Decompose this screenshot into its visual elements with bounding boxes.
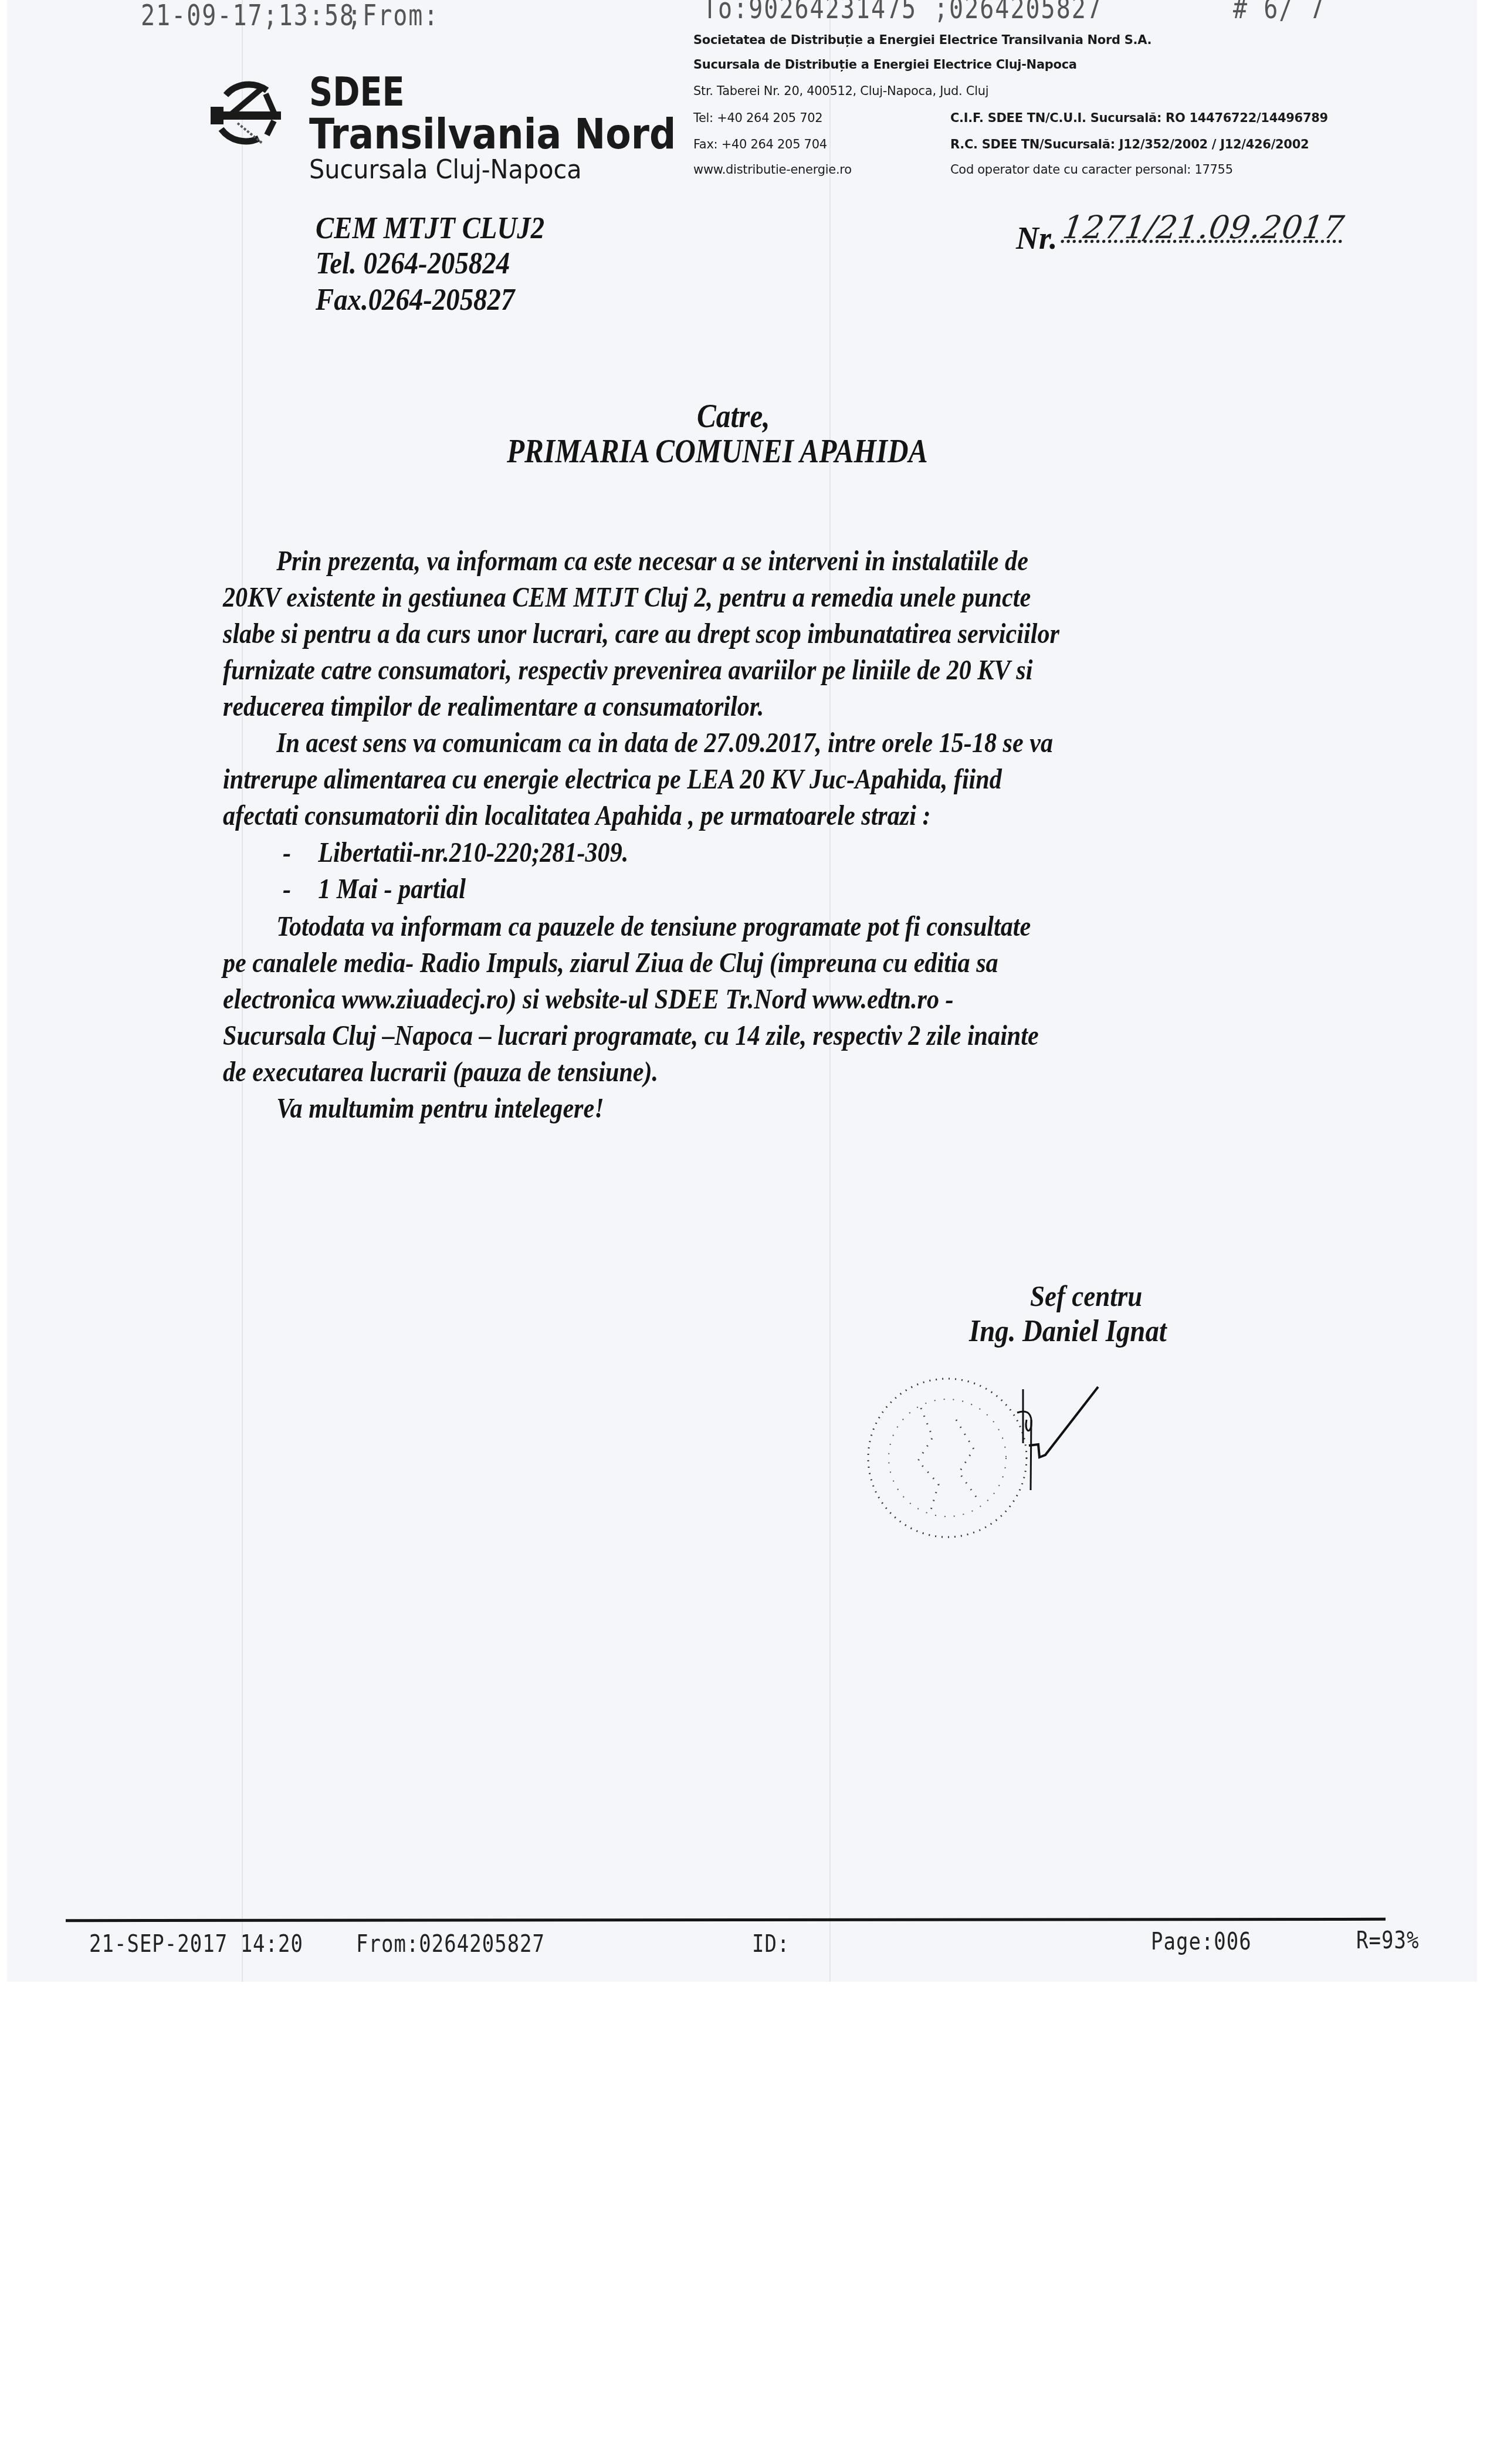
company-name: Societatea de Distribuție a Energiei Ele… (693, 33, 1151, 47)
company-fax: Fax: +40 264 205 704 (693, 137, 827, 151)
company-website: www.distributie-energie.ro (693, 163, 852, 177)
paragraph-3: Totodata va informam ca pauzele de tensi… (223, 908, 1039, 1126)
list-bullet: - (283, 871, 318, 907)
logo-name-sdee: SDEE (309, 73, 405, 113)
registration-label: Nr. (1016, 220, 1058, 256)
round-stamp-icon (862, 1373, 1032, 1543)
paragraph-1-line: 20KV existente in gestiunea CEM MTJT Clu… (223, 579, 1059, 615)
registration-number-handwritten: 1271/21.09.2017 (1061, 209, 1347, 246)
street-item: -1 Mai - partial (283, 871, 628, 907)
company-branch: Sucursala de Distribuție a Energiei Elec… (693, 57, 1077, 72)
company-address: Str. Taberei Nr. 20, 400512, Cluj-Napoca… (693, 84, 988, 98)
company-cif: C.I.F. SDEE TN/C.U.I. Sucursală: RO 1447… (950, 111, 1328, 125)
logo-branch: Sucursala Cluj-Napoca (309, 154, 582, 185)
fax-footer-resolution: R=93% (1356, 1927, 1419, 1955)
logo-name-transilvania-nord: Transilvania Nord (309, 113, 676, 155)
list-bullet: - (283, 834, 318, 871)
paragraph-1-line: slabe si pentru a da curs unor lucrari, … (223, 615, 1059, 652)
paragraph-3-line: Totodata va informam ca pauzele de tensi… (223, 908, 1039, 945)
sender-unit: CEM MTJT CLUJ2 (316, 211, 544, 246)
fax-footer-id: ID: (752, 1930, 790, 1958)
recipient-name: PRIMARIA COMUNEI APAHIDA (507, 433, 928, 471)
paragraph-2-line: In acest sens va comunicam ca in data de… (223, 725, 1053, 761)
closing-line: Va multumim pentru intelegere! (223, 1090, 1039, 1126)
signature-title: Sef centru (1030, 1279, 1142, 1313)
street-name: Libertatii-nr.210-220;281-309. (318, 836, 628, 868)
company-operator-code: Cod operator date cu caracter personal: … (950, 163, 1233, 177)
paragraph-3-line: Sucursala Cluj –Napoca – lucrari program… (223, 1017, 1039, 1054)
fax-header-page-marker: # 6/ 7 (1233, 0, 1325, 26)
street-item: -Libertatii-nr.210-220;281-309. (283, 834, 628, 871)
paragraph-2-line: intrerupe alimentarea cu energie electri… (223, 761, 1053, 797)
handwritten-signature-icon (1016, 1385, 1104, 1496)
street-name: 1 Mai - partial (318, 872, 466, 905)
fax-header-timestamp: 21-09-17;13:58 (141, 0, 355, 33)
fax-footer-rule (66, 1918, 1386, 1922)
company-rc: R.C. SDEE TN/Sucursală: J12/352/2002 / J… (950, 137, 1309, 151)
sdee-logo-icon (208, 77, 285, 147)
fax-footer-from: From:0264205827 (356, 1930, 545, 1958)
fax-header-return-number: ;0264205827 (934, 0, 1102, 26)
paragraph-1-line: reducerea timpilor de realimentare a con… (223, 688, 1059, 725)
fax-header-from: ;From: (347, 0, 439, 33)
paragraph-3-line: electronica www.ziuadecj.ro) si website-… (223, 981, 1039, 1017)
fax-header-to: To:90264231475 (703, 0, 917, 26)
paragraph-3-line: de executarea lucrarii (pauza de tensiun… (223, 1054, 1039, 1090)
fax-footer-timestamp: 21-SEP-2017 14:20 (89, 1930, 303, 1958)
company-tel: Tel: +40 264 205 702 (693, 111, 822, 125)
recipient-salutation: Catre, (697, 398, 770, 435)
signature-name: Ing. Daniel Ignat (969, 1314, 1167, 1349)
sender-fax: Fax.0264-205827 (316, 283, 514, 317)
streets-list: -Libertatii-nr.210-220;281-309. -1 Mai -… (283, 834, 628, 907)
paragraph-1-line: furnizate catre consumatori, respectiv p… (223, 652, 1059, 688)
paragraph-3-line: pe canalele media- Radio Impuls, ziarul … (223, 945, 1039, 981)
paragraph-1-line: Prin prezenta, va informam ca este neces… (223, 543, 1059, 579)
scanned-fax-page: 21-09-17;13:58 ;From: To:90264231475 ;02… (7, 0, 1477, 1982)
sender-tel: Tel. 0264-205824 (316, 246, 510, 281)
paragraph-2: In acest sens va comunicam ca in data de… (223, 725, 1053, 834)
fax-footer-page: Page:006 (1151, 1928, 1252, 1956)
paragraph-2-line: afectati consumatorii din localitatea Ap… (223, 797, 1053, 834)
paragraph-1: Prin prezenta, va informam ca este neces… (223, 543, 1059, 725)
